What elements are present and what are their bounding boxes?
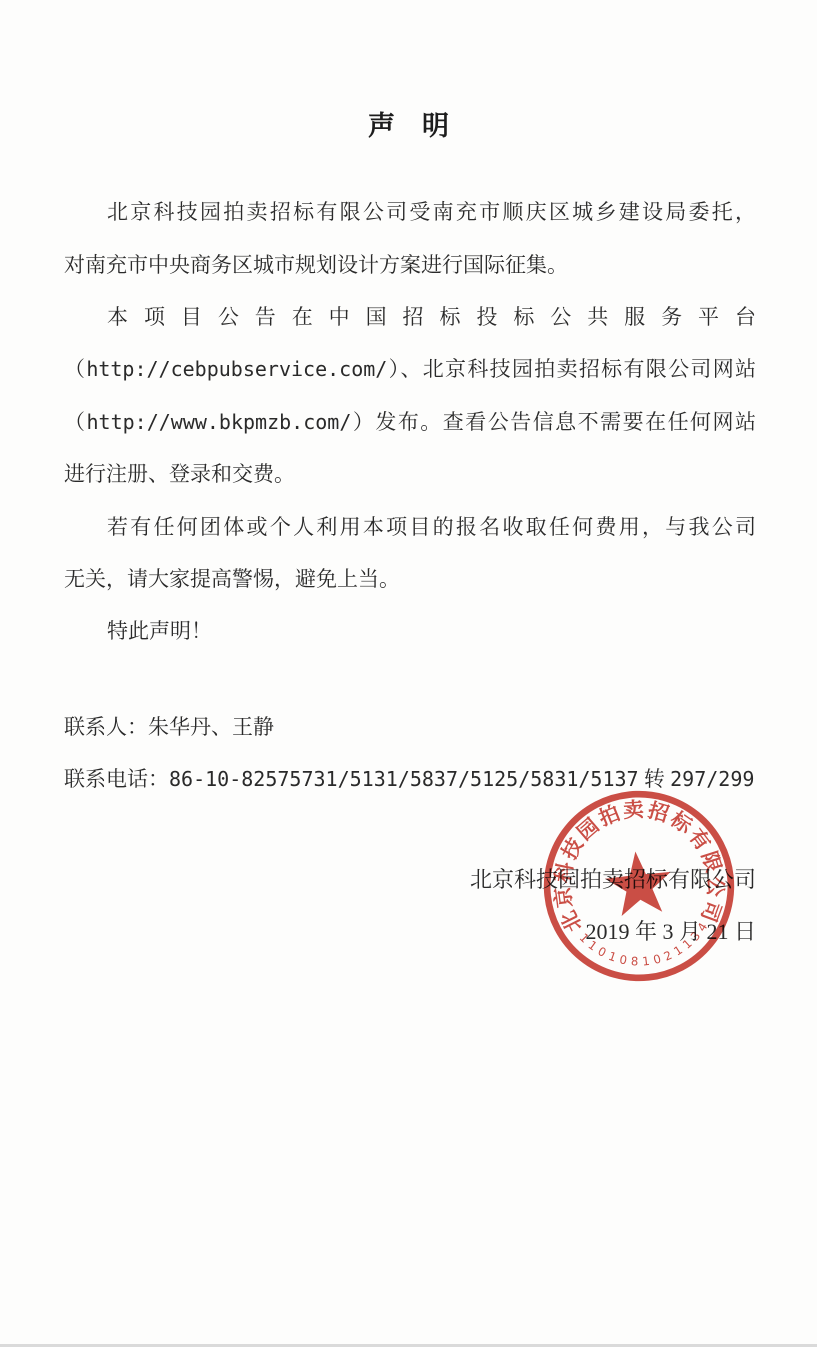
body-line-closing: 特此声明！ — [107, 618, 212, 644]
body-line-p2-2: （http://cebpubservice.com/）、北京科技园拍卖招标有限公… — [64, 356, 756, 382]
body-line-p1-1: 北京科技园拍卖招标有限公司受南充市顺庆区城乡建设局委托， — [107, 199, 756, 225]
document-page: 声 明 北京科技园拍卖招标有限公司受南充市顺庆区城乡建设局委托， 对南充市中央商… — [0, 0, 817, 1347]
company-seal: 北京科技园拍卖招标有限公司 1101081021134 — [530, 777, 748, 995]
document-title: 声 明 — [0, 112, 817, 142]
body-line-p2-4: 进行注册、登录和交费。 — [64, 461, 295, 487]
body-line-p1-2: 对南充市中央商务区城市规划设计方案进行国际征集。 — [64, 252, 568, 278]
contact-person-line: 联系人：朱华丹、王静 — [64, 714, 274, 740]
seal-star-icon — [603, 848, 675, 917]
body-line-p2-1: 本项目公告在中国招标投标公共服务平台 — [107, 304, 756, 330]
body-line-p3-1: 若有任何团体或个人利用本项目的报名收取任何费用，与我公司 — [107, 514, 756, 540]
body-line-p2-3: （http://www.bkpmzb.com/）发布。查看公告信息不需要在任何网… — [64, 409, 756, 435]
body-line-p3-2: 无关，请大家提高警惕，避免上当。 — [64, 566, 400, 592]
